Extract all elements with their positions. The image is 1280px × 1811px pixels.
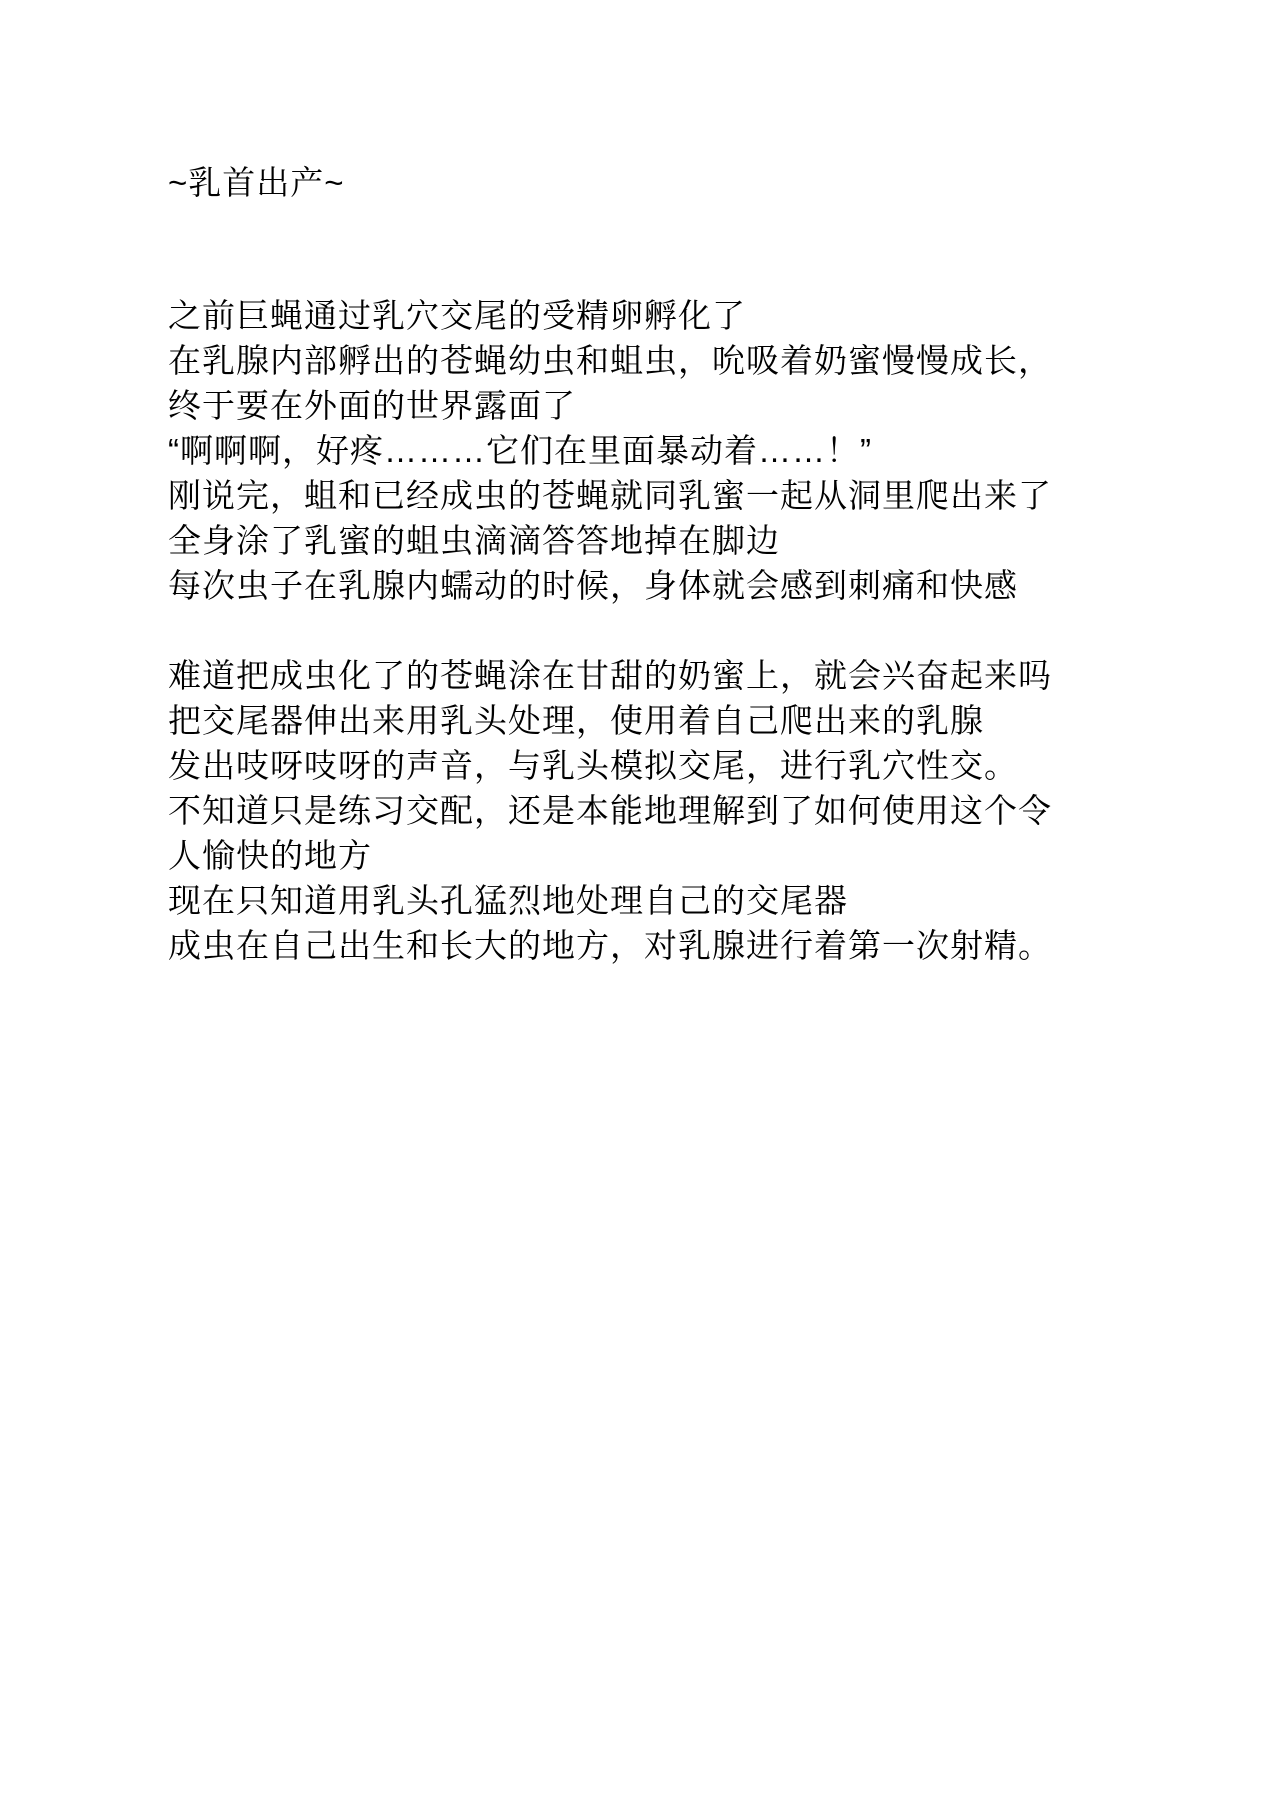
text-line: 之前巨蝇通过乳穴交尾的受精卵孵化了 [168, 293, 1180, 338]
page-title: ~乳首出产~ [168, 160, 1180, 205]
text-line: 难道把成虫化了的苍蝇涂在甘甜的奶蜜上，就会兴奋起来吗 [168, 653, 1180, 698]
text-line: “啊啊啊，好疼………它们在里面暴动着……！” [168, 428, 1180, 473]
text-line: 全身涂了乳蜜的蛆虫滴滴答答地掉在脚边 [168, 518, 1180, 563]
text-line: 人愉快的地方 [168, 833, 1180, 878]
text-line: 把交尾器伸出来用乳头处理，使用着自己爬出来的乳腺 [168, 698, 1180, 743]
text-line: 每次虫子在乳腺内蠕动的时候，身体就会感到刺痛和快感 [168, 563, 1180, 608]
document-page: ~乳首出产~ 之前巨蝇通过乳穴交尾的受精卵孵化了在乳腺内部孵出的苍蝇幼虫和蛆虫，… [0, 0, 1280, 1811]
text-line: 成虫在自己出生和长大的地方，对乳腺进行着第一次射精。 [168, 923, 1180, 968]
text-line: 不知道只是练习交配，还是本能地理解到了如何使用这个令 [168, 788, 1180, 833]
text-line: 在乳腺内部孵出的苍蝇幼虫和蛆虫，吮吸着奶蜜慢慢成长， [168, 338, 1180, 383]
paragraph-1: 之前巨蝇通过乳穴交尾的受精卵孵化了在乳腺内部孵出的苍蝇幼虫和蛆虫，吮吸着奶蜜慢慢… [168, 293, 1180, 608]
text-line: 终于要在外面的世界露面了 [168, 383, 1180, 428]
text-line: 发出吱呀吱呀的声音，与乳头模拟交尾，进行乳穴性交。 [168, 743, 1180, 788]
text-line: 刚说完，蛆和已经成虫的苍蝇就同乳蜜一起从洞里爬出来了 [168, 473, 1180, 518]
text-line: 现在只知道用乳头孔猛烈地处理自己的交尾器 [168, 878, 1180, 923]
paragraph-2: 难道把成虫化了的苍蝇涂在甘甜的奶蜜上，就会兴奋起来吗把交尾器伸出来用乳头处理，使… [168, 653, 1180, 968]
